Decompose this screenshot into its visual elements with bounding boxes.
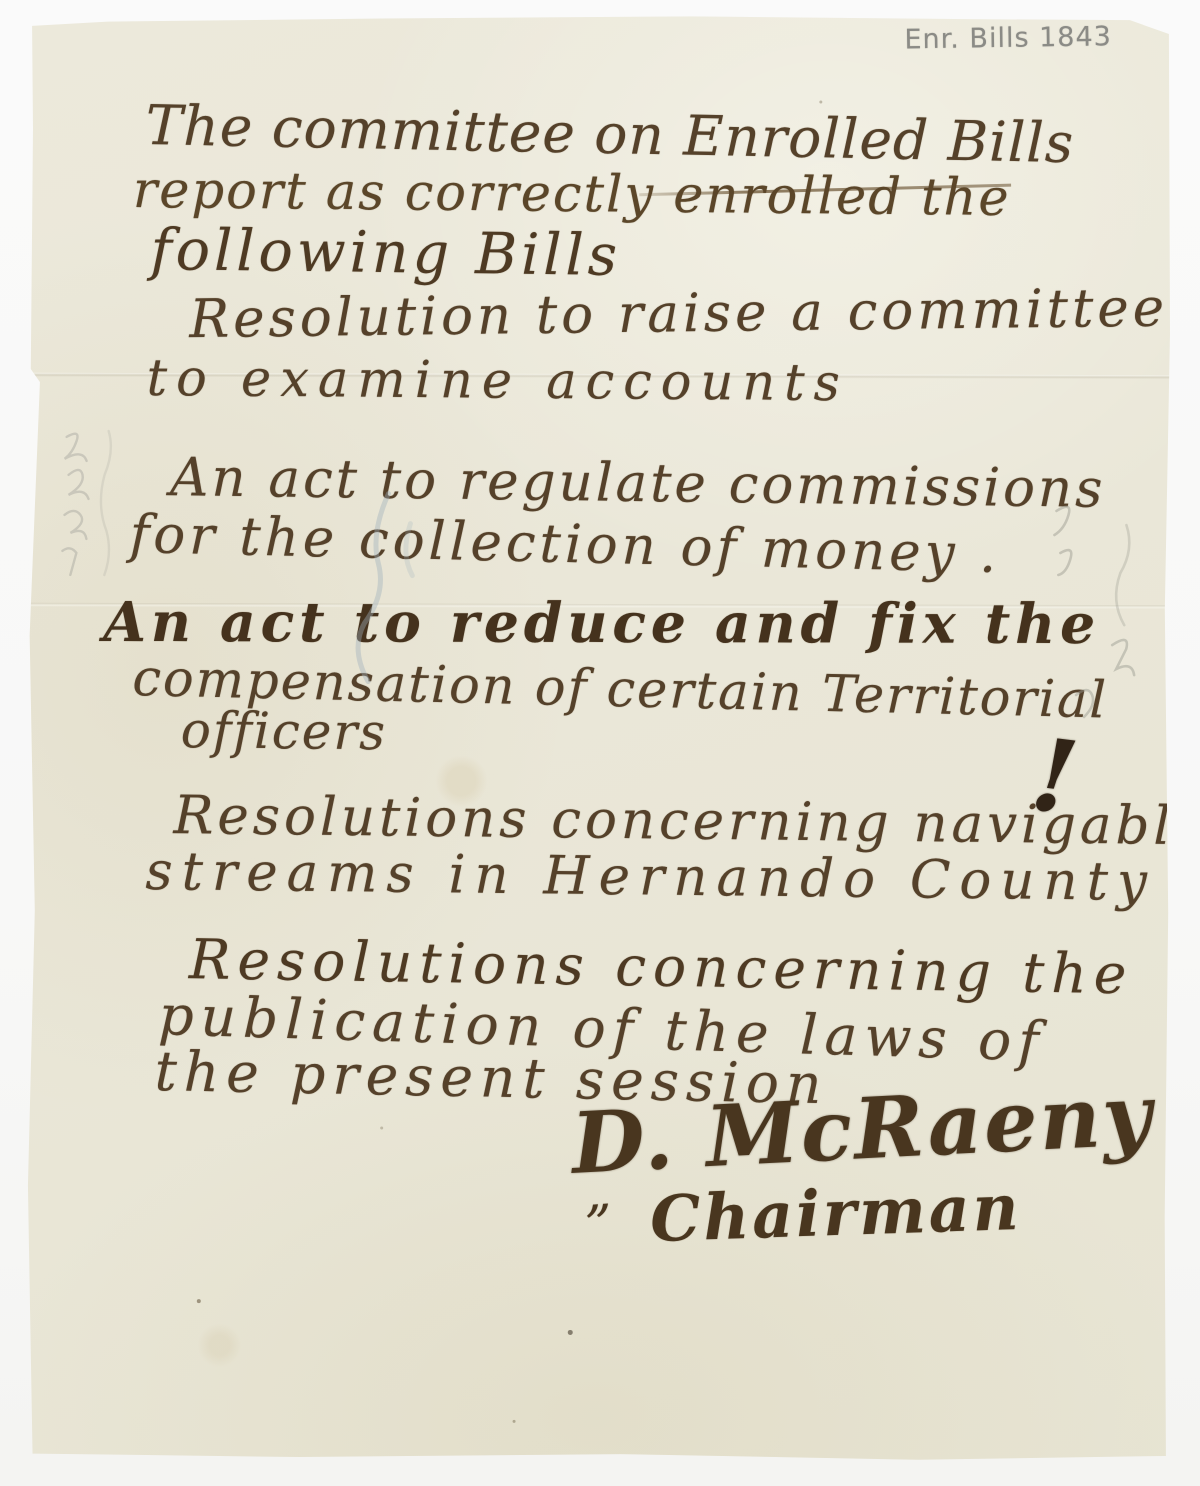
paper-speck xyxy=(568,1330,573,1335)
bill-item-3-line-3: officers xyxy=(180,701,387,761)
archival-pencil-annotation: Enr. Bills 1843 xyxy=(904,21,1112,55)
bill-item-4-line-2: streams in Hernando County xyxy=(145,841,1156,913)
paper-speck xyxy=(513,1420,516,1423)
pencil-scribble-left-margin xyxy=(38,423,138,583)
paper-speck xyxy=(819,100,822,103)
ink-bleed-smudge xyxy=(326,483,456,693)
bill-item-3-line-1: An act to reduce and fix the xyxy=(103,589,1100,656)
signature-flourish-mark: „ xyxy=(582,1162,613,1224)
pencil-scribble-right-margin xyxy=(1016,495,1167,755)
manuscript-page: Enr. Bills 1843 The committee on Enrolle… xyxy=(24,13,1173,1463)
bill-item-1-line-2: to examine accounts xyxy=(146,349,849,413)
signature-title: Chairman xyxy=(649,1170,1022,1256)
opening-line-3: following Bills xyxy=(150,217,621,289)
scanned-document-view: Enr. Bills 1843 The committee on Enrolle… xyxy=(0,0,1200,1486)
paper-speck xyxy=(380,1127,383,1130)
bill-item-1-line-1: Resolution to raise a committee xyxy=(189,278,1168,351)
paper-speck xyxy=(197,1299,201,1303)
